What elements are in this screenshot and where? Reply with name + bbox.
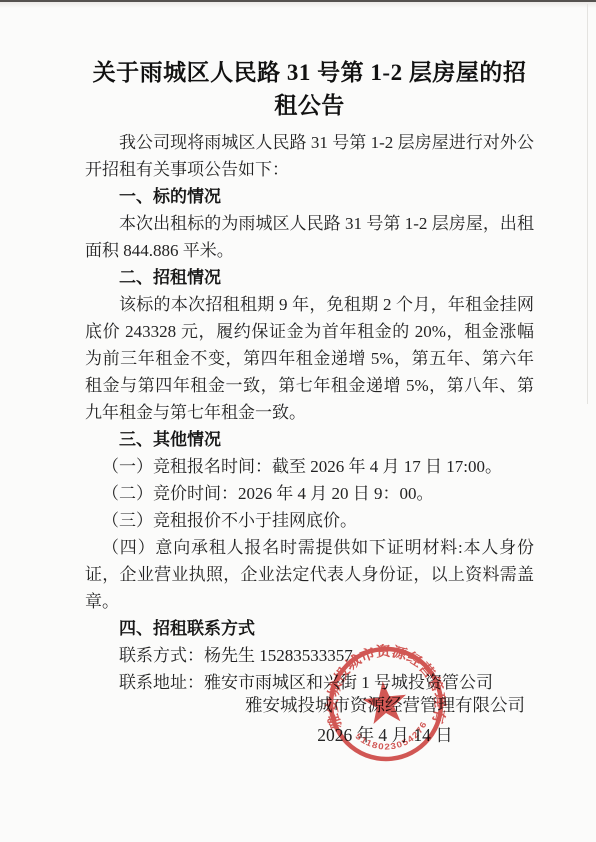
section-3-item-2: （二）竞价时间：2026 年 4 月 20 日 9：00。 (85, 480, 534, 507)
section-3-heading: 三、其他情况 (85, 426, 534, 453)
section-1-paragraph: 本次出租标的为雨城区人民路 31 号第 1-2 层房屋，出租面积 844.886… (85, 210, 534, 264)
section-3-item-4: （四）意向承租人报名时需提供如下证明材料:本人身份证，企业营业执照，企业法定代表… (85, 534, 534, 615)
section-1-heading: 一、标的情况 (85, 183, 534, 210)
document-title: 关于雨城区人民路 31 号第 1-2 层房屋的招租公告 (85, 56, 534, 122)
signature-block: 雅安城投城市资源经营管理有限公司 2026 年 4 月 14 日 (235, 690, 535, 750)
contact-phone-line: 联系方式：杨先生 15283533357 (85, 642, 534, 669)
scan-artifact-top-shadow (0, 2, 596, 8)
document-body: 关于雨城区人民路 31 号第 1-2 层房屋的招租公告 我公司现将雨城区人民路 … (85, 56, 534, 696)
section-2-paragraph: 该标的本次招租租期 9 年，免租期 2 个月，年租金挂网底价 243328 元，… (85, 291, 534, 426)
section-3-item-1: （一）竞租报名时间：截至 2026 年 4 月 17 日 17:00。 (85, 453, 534, 480)
intro-paragraph: 我公司现将雨城区人民路 31 号第 1-2 层房屋进行对外公开招租有关事项公告如… (85, 129, 534, 183)
section-4-heading: 四、招租联系方式 (85, 615, 534, 642)
signature-date: 2026 年 4 月 14 日 (235, 720, 535, 750)
section-3-item-3: （三）竞租报价不小于挂网底价。 (85, 507, 534, 534)
section-2-heading: 二、招租情况 (85, 264, 534, 291)
scan-artifact-right-line (587, 4, 588, 404)
document-page: 关于雨城区人民路 31 号第 1-2 层房屋的招租公告 我公司现将雨城区人民路 … (0, 0, 596, 842)
signature-company: 雅安城投城市资源经营管理有限公司 (235, 690, 535, 720)
